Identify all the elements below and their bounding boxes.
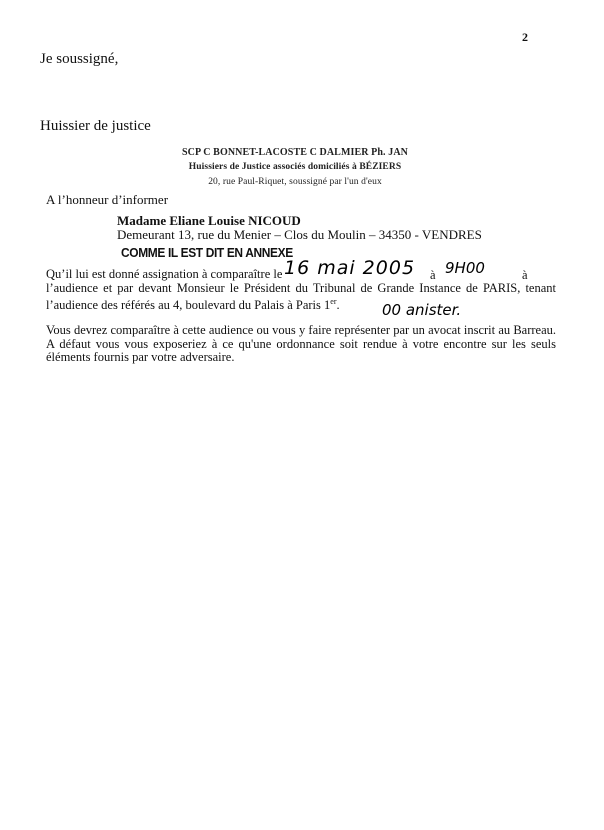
bailiff-title: Huissier de justice — [40, 118, 151, 135]
recipient-address: Demeurant 13, rue du Menier – Clos du Mo… — [117, 228, 482, 242]
handwritten-date: 16 mai 2005 — [284, 257, 415, 279]
at-word-2: à — [522, 268, 528, 283]
inform-label: A l’honneur d’informer — [46, 192, 168, 208]
annexe-stamp: COMME IL EST DIT EN ANNEXE — [121, 245, 293, 260]
summons-lead: Qu’il lui est donné assignation à compar… — [46, 267, 282, 281]
handwritten-note: 00 anister. — [382, 301, 461, 319]
summons-end: . — [337, 298, 340, 312]
at-word-1: à — [430, 268, 436, 283]
stamp-line-1: SCP C BONNET-LACOSTE C DALMIER Ph. JAN — [150, 145, 440, 160]
summons-body: l’audience et par devant Monsieur le Pré… — [46, 281, 556, 313]
intro-text: Je soussigné, — [40, 51, 118, 68]
recipient-name: Madame Eliane Louise NICOUD — [117, 214, 482, 228]
warning-paragraph: Vous devrez comparaître à cette audience… — [46, 324, 556, 365]
stamp-line-3: 20, rue Paul-Riquet, soussigné par l'un … — [150, 175, 440, 190]
page-number: 2 — [522, 30, 528, 45]
bailiff-stamp: SCP C BONNET-LACOSTE C DALMIER Ph. JAN H… — [150, 145, 440, 190]
recipient-block: Madame Eliane Louise NICOUD Demeurant 13… — [117, 214, 482, 242]
handwritten-time: 9H00 — [445, 259, 485, 277]
stamp-line-2: Huissiers de Justice associés domiciliés… — [150, 160, 440, 175]
